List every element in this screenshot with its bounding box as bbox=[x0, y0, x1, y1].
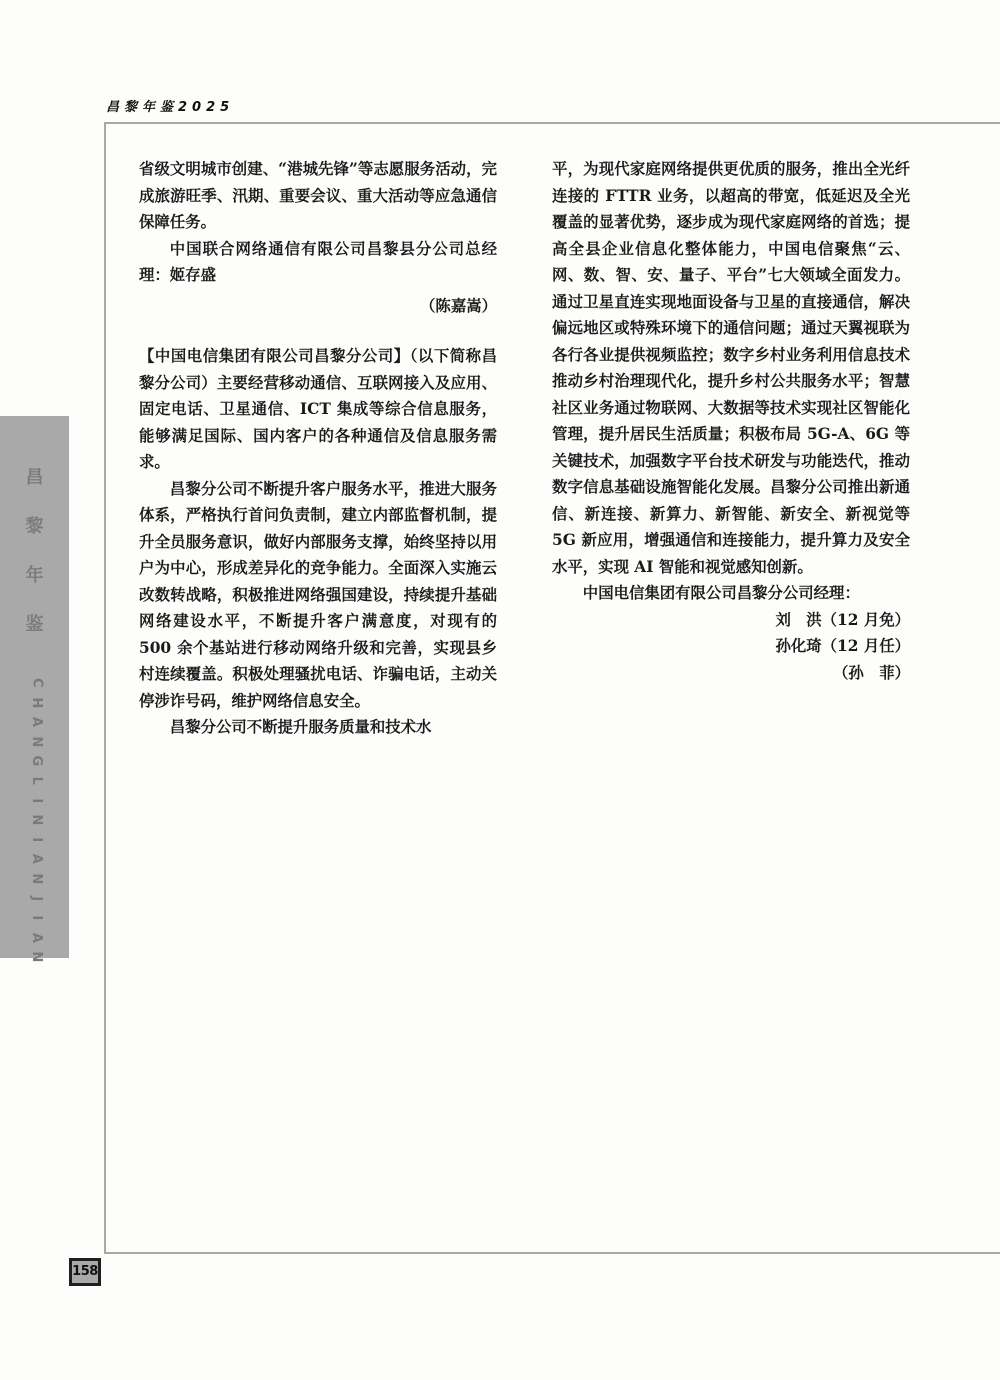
running-header: 昌黎年鉴2025 bbox=[106, 96, 234, 115]
telecom-manager-label: 中国电信集团有限公司昌黎分公司经理： bbox=[552, 580, 910, 607]
page-number: 158 bbox=[69, 1258, 101, 1286]
side-tab-letter: A bbox=[25, 717, 45, 727]
side-tab-letter: I bbox=[25, 798, 45, 803]
unicom-manager-line: 中国联合网络通信有限公司昌黎县分公司总经理：姬存盛 bbox=[139, 236, 497, 289]
body-paragraph-start: 昌黎分公司不断提升服务质量和技术水 bbox=[139, 714, 497, 741]
side-tab-letter: N bbox=[25, 952, 45, 963]
entry-title: 【中国电信集团有限公司昌黎分公司】 bbox=[139, 347, 410, 365]
entry-body: （以下简称昌黎分公司）主要经营移动通信、互联网接入及应用、固定电话、卫星通信、I… bbox=[139, 347, 497, 471]
body-paragraph: 昌黎分公司不断提升客户服务水平，推进大服务体系，严格执行首问负责制，建立内部监督… bbox=[139, 476, 497, 715]
side-tab-char: 年 bbox=[26, 564, 44, 613]
side-tab-letter: C bbox=[25, 678, 45, 688]
side-tab-letter: I bbox=[25, 837, 45, 842]
left-column: 省级文明城市创建、“港城先锋”等志愿服务活动，完成旅游旺季、汛期、重要会议、重大… bbox=[139, 156, 497, 741]
right-column: 平，为现代家庭网络提供更优质的服务，推出全光纤连接的 FTTR 业务，以超高的带… bbox=[552, 156, 910, 686]
entry-paragraph: 【中国电信集团有限公司昌黎分公司】（以下简称昌黎分公司）主要经营移动通信、互联网… bbox=[139, 343, 497, 476]
side-tab-letter: A bbox=[25, 932, 45, 942]
side-tab-chinese-title: 昌 黎 年 鉴 bbox=[0, 466, 69, 662]
entry-spacer bbox=[139, 319, 497, 343]
side-thumb-tab: 昌 黎 年 鉴 C H A N G L I N I A N J I A N bbox=[0, 416, 69, 958]
manager-entry: 刘 洪（12 月免） bbox=[552, 607, 910, 634]
author-credit: （孙 菲） bbox=[552, 660, 910, 687]
paragraph-continuation: 省级文明城市创建、“港城先锋”等志愿服务活动，完成旅游旺季、汛期、重要会议、重大… bbox=[139, 156, 497, 236]
side-tab-char: 昌 bbox=[26, 466, 44, 515]
side-tab-letter: A bbox=[25, 854, 45, 864]
side-tab-letter: N bbox=[25, 815, 45, 826]
side-tab-letter: N bbox=[25, 736, 45, 747]
manager-entry: 孙化琦（12 月任） bbox=[552, 633, 910, 660]
side-tab-letter: L bbox=[25, 777, 45, 785]
side-tab-pinyin-title: C H A N G L I N I A N J I A N bbox=[0, 673, 69, 967]
side-tab-char: 鉴 bbox=[26, 613, 44, 662]
side-tab-letter: N bbox=[25, 873, 45, 884]
paragraph-continuation: 平，为现代家庭网络提供更优质的服务，推出全光纤连接的 FTTR 业务，以超高的带… bbox=[552, 156, 910, 580]
side-tab-letter: J bbox=[25, 896, 45, 901]
side-tab-letter: H bbox=[25, 697, 45, 708]
side-tab-char: 黎 bbox=[26, 515, 44, 564]
author-credit: （陈嘉嵩） bbox=[139, 293, 497, 320]
side-tab-letter: I bbox=[25, 916, 45, 921]
side-tab-letter: G bbox=[25, 756, 45, 767]
